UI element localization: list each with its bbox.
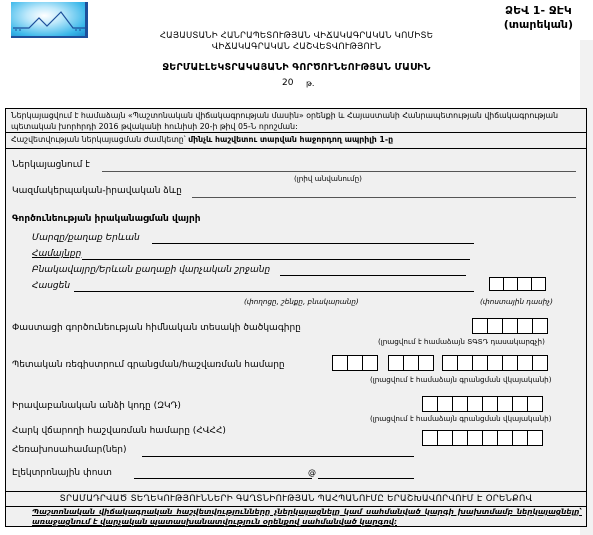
submitter-hint: (լրիվ անվանումը) (294, 174, 362, 183)
year-suffix: թ. (306, 79, 314, 88)
location-heading: Գործունեության իրականացման վայրի (12, 214, 201, 224)
activity-code-boxes[interactable] (472, 318, 548, 334)
form-code: ՁԵՎ 1- ՋԷԿ (տարեկան) (504, 4, 573, 32)
region-input[interactable] (152, 243, 474, 244)
form-code-number: ՁԵՎ 1- ՋԷԿ (504, 4, 573, 18)
postal-code-boxes[interactable] (489, 277, 546, 291)
legal-code-boxes[interactable] (422, 396, 543, 412)
submitter-input[interactable] (102, 171, 576, 172)
registration-label: Պետական ռեգիստրում գրանցման/հաշվառման հա… (12, 360, 285, 370)
email-at-sign: @ (308, 468, 316, 477)
email-user-input[interactable] (134, 478, 312, 479)
registration-boxes-group1[interactable] (332, 355, 378, 371)
legal-form-input[interactable] (192, 197, 576, 198)
registration-boxes-group3[interactable] (442, 355, 548, 371)
email-label: Էլեկտրոնային փոստ (12, 468, 112, 478)
address-input[interactable] (74, 291, 474, 292)
legal-code-label: Իրավաբանական անձի կոդը (ԶԿԴ) (12, 401, 181, 411)
tin-label: Հարկ վճարողի հաշվառման համարը (ՀՎՀՀ) (12, 426, 226, 436)
liability-warning: Պաշտոնական վիճակագրական հաշվետվություննե… (6, 506, 586, 528)
phone-input[interactable] (142, 456, 414, 457)
community-label: Համայնքը (32, 249, 81, 259)
form-period: (տարեկան) (504, 18, 573, 32)
postal-hint: (փոստային դասիչ) (480, 297, 553, 306)
submitter-label: Ներկայացնում է (12, 160, 90, 170)
activity-label: Փաստացի գործունեության հիմնական տեսակի ծ… (12, 323, 301, 333)
deadline-row: Հաշվետվության ներկայացման ժամկետը՝ մինչև… (6, 133, 586, 149)
settlement-input[interactable] (280, 275, 466, 276)
confidentiality-notice: ՏՐԱՄԱԴՐՎԱԾ ՏԵՂԵԿՈՒԹՅՈՒՆՆԵՐԻ ԳԱՂՏՆԻՈՒԹՅԱՆ… (6, 491, 586, 506)
phone-label: Հեռախոսահամար(ներ) (12, 445, 127, 455)
legal-form-label: Կազմակերպական-իրավական ձևը (12, 186, 182, 196)
address-hint: (փողոցը, շենքը, բնակարանը) (244, 297, 359, 306)
tin-boxes[interactable] (422, 430, 543, 446)
region-label: Մարզը/քաղաք Երևան (32, 233, 140, 243)
legal-basis: Ներկայացվում է համաձայն «Պաշտոնական վիճա… (6, 109, 586, 133)
community-input[interactable] (82, 259, 470, 260)
settlement-label: Բնակավայրը/Երևան քաղաքի վարչական շրջանը (32, 265, 270, 275)
deadline-label: Հաշվետվության ներկայացման ժամկետը՝ (11, 135, 188, 144)
deadline-value: մինչև հաշվետու տարվան հաջորդող ապրիլի 1-… (188, 135, 393, 144)
email-domain-input[interactable] (318, 478, 414, 479)
legal-code-hint: (լրացվում է համաձայն գրանցման վկայականի) (370, 414, 552, 423)
year-prefix: 20 (282, 78, 293, 88)
registration-boxes-group2[interactable] (388, 355, 434, 371)
form-body: Ներկայացվում է համաձայն «Պաշտոնական վիճա… (5, 108, 587, 527)
org-name-line2: ՎԻՃԱԿԱԳՐԱԿԱՆ ՀԱՇՎԵՏՎՈՒԹՅՈՒՆ (0, 42, 593, 52)
activity-hint: (լրացվում է համաձայն ՏԳՏԴ դասակարգչի) (378, 337, 545, 346)
org-name-line1: ՀԱՅԱՍՏԱՆԻ ՀԱՆՐԱՊԵՏՈՒԹՅԱՆ ՎԻՃԱԿԱԳՐԱԿԱՆ ԿՈ… (0, 31, 593, 41)
address-label: Հասցեն (32, 281, 70, 291)
registration-hint: (լրացվում է համաձայն գրանցման վկայականի) (370, 375, 552, 384)
page-title: ՋԵՐՄԱԷԼԵԿՏՐԱԿԱՅԱՆԻ ԳՈՐԾՈՒՆԵՈՒԹՅԱՆ ՄԱՍԻՆ (0, 62, 593, 73)
